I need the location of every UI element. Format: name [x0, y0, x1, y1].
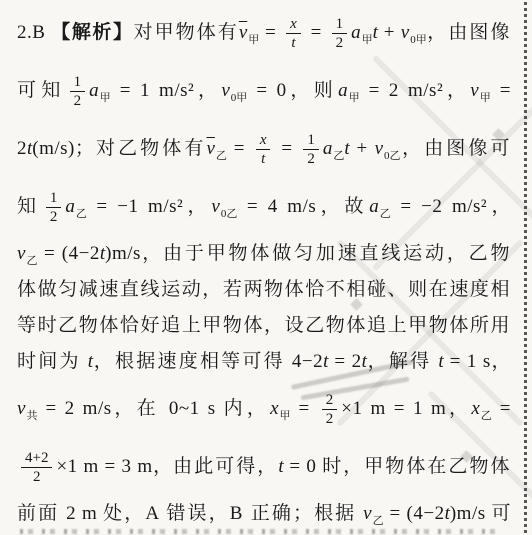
variable-letter: v — [239, 22, 247, 43]
math-run: 2.B — [17, 22, 51, 43]
variable: a甲 — [338, 62, 360, 127]
math-run: = — [227, 138, 252, 159]
variable-subscript: 甲 — [480, 92, 491, 104]
math-run: = — [259, 22, 282, 43]
variable: v0甲 — [221, 62, 247, 127]
text-line: 体做匀减速直线运动，若两物体恰不相碰、则在速度相 — [17, 272, 511, 308]
math-run: ×1 m = 3 m， — [56, 456, 173, 477]
text-run: 知 — [17, 196, 42, 217]
variable-subscript: 乙 — [333, 150, 344, 162]
text-line: 2t(m/s)；对乙物体有v乙 = xt = 12a乙t + v0乙，由图像可 — [17, 120, 511, 178]
text-line: 前面 2 m 处，A 错误，B 正确；根据 v乙 = (4−2t)m/s 可 — [17, 496, 511, 532]
fraction: xt — [256, 131, 271, 168]
fraction: xt — [286, 15, 301, 52]
text-line: 等时乙物体恰好追上甲物体，设乙物体追上甲物体所用 — [17, 308, 511, 344]
variable: a甲 — [351, 4, 373, 69]
text-run: 故 — [344, 196, 369, 217]
variable-letter: x — [471, 398, 479, 419]
fraction-numerator: 1 — [46, 189, 62, 208]
variable: a甲 — [89, 62, 111, 127]
fraction-numerator: 1 — [332, 15, 348, 34]
fraction-denominator: 2 — [334, 34, 346, 52]
math-run: = 1 s， — [444, 351, 511, 372]
variable-letter: v — [206, 138, 214, 159]
variable-subscript: 甲 — [362, 34, 373, 46]
variable-subscript: 甲 — [349, 92, 360, 104]
solution-text: 2.B 【解析】对甲物体有v甲 = xt = 12a甲t + v0甲，由图像可知… — [17, 4, 511, 532]
variable-subscript: 0乙 — [384, 150, 401, 162]
math-run: = 2 — [328, 351, 361, 372]
variable-letter: a — [338, 80, 348, 101]
text-line: v乙 = (4−2t)m/s，由于甲物体做匀加速直线运动，乙物 — [17, 236, 511, 272]
variable-subscript: 甲 — [248, 34, 259, 46]
variable-subscript: 乙 — [216, 150, 227, 162]
variable-letter: v — [17, 398, 25, 419]
variable: a乙 — [65, 178, 87, 243]
variable: a乙 — [323, 120, 345, 185]
text-run: 对甲物体有 — [134, 22, 239, 43]
fraction-numerator: 4+2 — [21, 449, 52, 468]
variable-subscript: 乙 — [373, 515, 384, 527]
text-line: 4+22×1 m = 3 m，由此可得，t = 0 时，甲物体在乙物体 — [17, 438, 511, 496]
text-run: 前面 — [17, 503, 66, 524]
text-run: 则 — [314, 80, 338, 101]
math-run: (m/s)； — [32, 138, 94, 159]
bold-run: 【解析】 — [51, 22, 133, 43]
text-run: ，由图像可 — [401, 138, 511, 159]
variable: v共 — [17, 380, 37, 445]
text-line: v共 = 2 m/s，在 0~1 s 内，x甲 = 22×1 m = 1 m，x… — [17, 380, 511, 438]
math-run: + — [350, 138, 375, 159]
math-run: 0~1 s — [169, 398, 224, 419]
math-run: = 1 m/s²， — [111, 80, 222, 101]
fraction: 12 — [70, 73, 86, 110]
text-run: 等时乙物体恰好追上甲物体，设乙物体追上甲物体所用 — [17, 315, 511, 336]
variable-letter: a — [369, 196, 379, 217]
fraction: 12 — [303, 131, 319, 168]
fraction-numerator: x — [256, 131, 271, 150]
math-run: 2 — [17, 138, 27, 159]
fraction-denominator: 2 — [48, 208, 60, 226]
fraction: 12 — [46, 189, 62, 226]
text-run: 时，甲物体在乙物体 — [322, 456, 511, 477]
variable-letter: a — [65, 196, 75, 217]
variable-subscript: 0乙 — [221, 208, 238, 220]
math-run: ×1 m = 1 m， — [341, 398, 471, 419]
text-run: 可知 — [17, 80, 66, 101]
fraction: 4+22 — [21, 449, 52, 486]
text-line: 可知12a甲 = 1 m/s²，v0甲 = 0，则a甲 = 2 m/s²，v甲 … — [17, 62, 511, 120]
fraction: 12 — [332, 15, 348, 52]
text-run: 对乙物体有 — [94, 138, 206, 159]
fraction: 22 — [322, 391, 338, 428]
variable-letter: a — [323, 138, 333, 159]
variable: v甲 — [470, 62, 490, 127]
math-run: + — [378, 22, 401, 43]
variable-subscript: 乙 — [481, 410, 492, 422]
math-run: )m/s 可 — [450, 503, 511, 524]
fraction-denominator: 2 — [31, 468, 43, 486]
math-run: 4−2 — [292, 351, 323, 372]
variable-subscript: 0甲 — [410, 34, 427, 46]
math-run: = 2 m/s²， — [360, 80, 471, 101]
math-run: = — [291, 398, 318, 419]
fraction-denominator: 2 — [72, 92, 84, 110]
text-run: 体做匀减速直线运动，若两物体恰不相碰、则在速度相 — [17, 279, 511, 300]
cutoff-line — [20, 529, 500, 534]
text-run: ，解得 — [367, 351, 438, 372]
math-run: = (4−2 — [37, 243, 99, 264]
variable-letter: v — [17, 243, 25, 264]
variable-subscript: 甲 — [100, 92, 111, 104]
fraction-numerator: 1 — [70, 73, 86, 92]
variable-letter: a — [89, 80, 99, 101]
variable-subscript: 共 — [26, 410, 37, 422]
variable-subscript: 乙 — [26, 255, 37, 267]
variable-letter: v — [470, 80, 478, 101]
math-run: = 2 m/s， — [37, 398, 136, 419]
math-run: 2 m — [66, 503, 103, 524]
fraction-denominator: 2 — [324, 410, 336, 428]
variable-letter: v — [221, 80, 229, 101]
text-run: 内， — [224, 398, 271, 419]
math-run: = — [492, 398, 511, 419]
variable-letter: a — [351, 22, 361, 43]
text-run: 由于甲物体做匀加速直线运动，乙物 — [163, 243, 511, 264]
text-run: ，根据速度相等可得 — [93, 351, 292, 372]
variable: x甲 — [270, 380, 290, 445]
variable-subscript: 甲 — [280, 410, 291, 422]
scanned-solution-page: 2.B 【解析】对甲物体有v甲 = xt = 12a甲t + v0甲，由图像可知… — [0, 0, 532, 535]
math-run: = 0， — [247, 80, 313, 101]
variable-letter: v — [363, 503, 371, 524]
text-run: 时间为 — [17, 351, 88, 372]
variable: v0乙 — [211, 178, 237, 243]
variable-letter: x — [270, 398, 278, 419]
fraction-denominator: t — [259, 150, 267, 168]
variable: v乙 — [206, 120, 226, 185]
math-run: = 0 — [284, 456, 323, 477]
text-line: 2.B 【解析】对甲物体有v甲 = xt = 12a甲t + v0甲，由图像 — [17, 4, 511, 62]
fraction-denominator: 2 — [305, 150, 317, 168]
variable-subscript: 乙 — [76, 208, 87, 220]
fraction-numerator: x — [286, 15, 301, 34]
math-run: )m/s， — [105, 243, 163, 264]
math-run: = (4−2 — [384, 503, 445, 524]
variable-letter: v — [401, 22, 409, 43]
text-run: 处，A 错误，B 正确；根据 — [103, 503, 363, 524]
math-run: = −2 m/s²， — [391, 196, 511, 217]
variable: v0乙 — [375, 120, 401, 185]
column-divider-dotted — [524, 0, 527, 535]
fraction-numerator: 2 — [322, 391, 338, 410]
variable: v0甲 — [401, 4, 427, 69]
math-run: = 4 m/s， — [237, 196, 344, 217]
text-line: 时间为 t，根据速度相等可得 4−2t = 2t，解得 t = 1 s， — [17, 344, 511, 380]
text-run: 由此可得， — [173, 456, 278, 477]
fraction-denominator: t — [289, 34, 297, 52]
variable: v甲 — [239, 4, 259, 69]
text-run: 在 — [137, 398, 169, 419]
variable-subscript: 乙 — [380, 208, 391, 220]
variable-letter: v — [211, 196, 219, 217]
text-run: ，由图像 — [427, 22, 511, 43]
math-run: = — [274, 138, 299, 159]
math-run: = — [491, 80, 511, 101]
fraction-numerator: 1 — [303, 131, 319, 150]
variable: x乙 — [471, 380, 491, 445]
text-line: 知12a乙 = −1 m/s²，v0乙 = 4 m/s，故a乙 = −2 m/s… — [17, 178, 511, 236]
math-run: = — [305, 22, 328, 43]
variable: a乙 — [369, 178, 391, 243]
variable-subscript: 0甲 — [231, 92, 248, 104]
math-run: = −1 m/s²， — [87, 196, 212, 217]
variable-letter: v — [375, 138, 383, 159]
